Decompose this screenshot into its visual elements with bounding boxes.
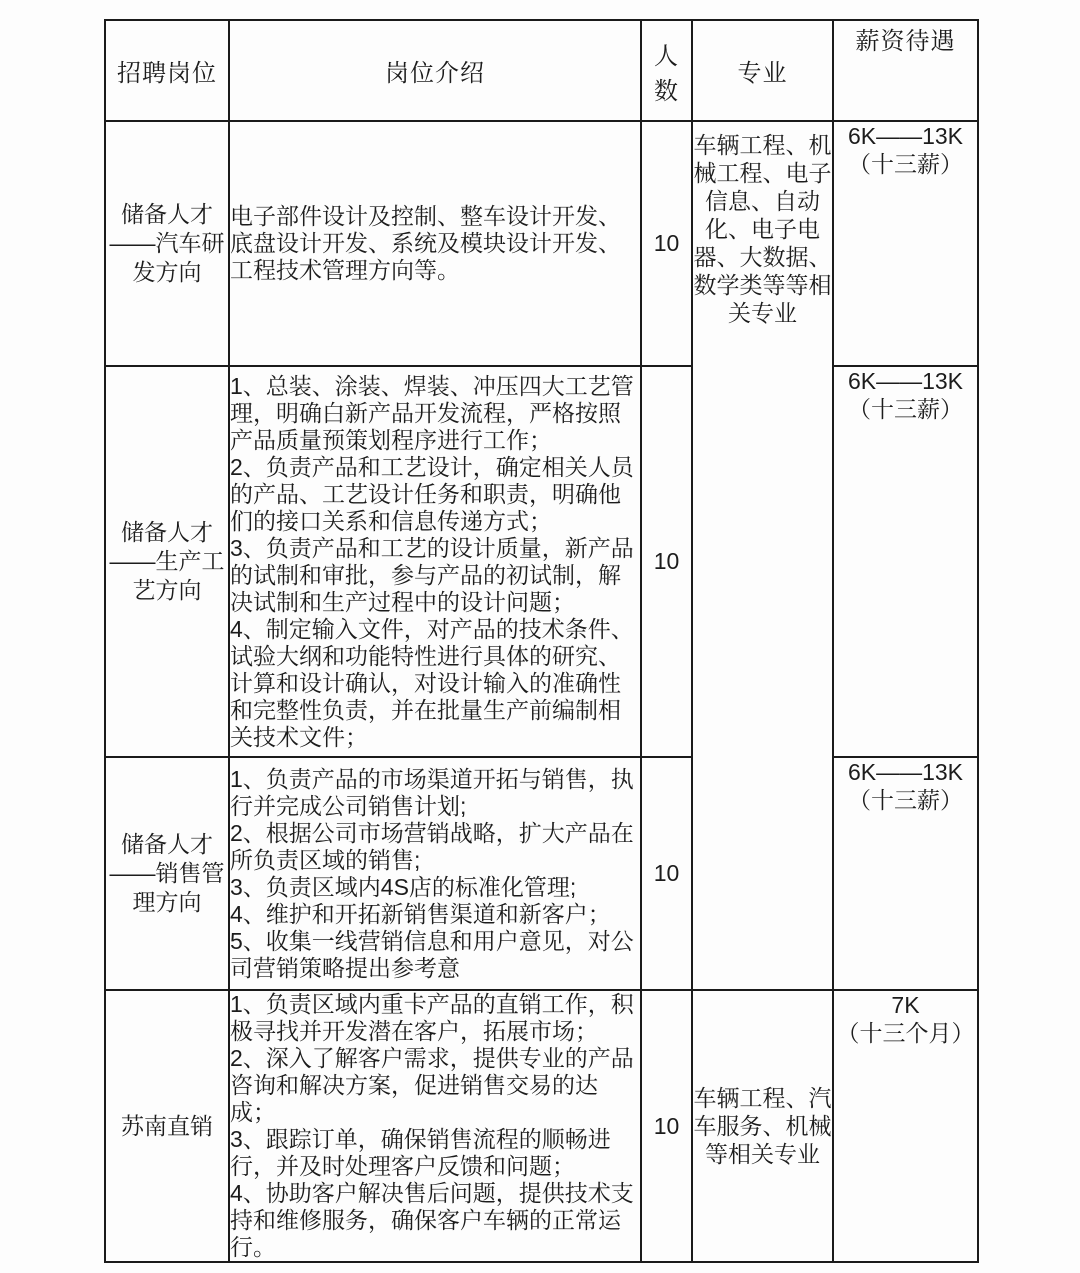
header-cell-major: 专业	[692, 20, 833, 121]
salary-note: （十三薪）	[834, 150, 977, 178]
description-item: 1、负责产品的市场渠道开拓与销售，执行并完成公司销售计划;	[230, 766, 640, 820]
description-cell: 1、负责产品的市场渠道开拓与销售，执行并完成公司销售计划; 2、根据公司市场营销…	[229, 757, 641, 990]
description-item: 1、总装、涂装、焊装、冲压四大工艺管理，明确白新产品开发流程，严格按照产品质量预…	[230, 373, 640, 454]
description-cell: 1、负责区域内重卡产品的直销工作，积极寻找并开发潜在客户，拓展市场； 2、深入了…	[229, 990, 641, 1262]
headcount-cell: 10	[641, 990, 692, 1262]
table-row: 苏南直销 1、负责区域内重卡产品的直销工作，积极寻找并开发潜在客户，拓展市场； …	[105, 990, 978, 1262]
description-item: 2、根据公司市场营销战略，扩大产品在所负责区域的销售;	[230, 820, 640, 874]
description-item: 4、维护和开拓新销售渠道和新客户；	[230, 901, 640, 928]
description-item: 5、收集一线营销信息和用户意见，对公司营销策略提出参考意	[230, 928, 640, 982]
table-row: 储备人才——销售管理方向 1、负责产品的市场渠道开拓与销售，执行并完成公司销售计…	[105, 757, 978, 990]
description-item: 3、跟踪订单，确保销售流程的顺畅进行，并及时处理客户反馈和问题；	[230, 1126, 640, 1180]
headcount-cell: 10	[641, 366, 692, 757]
description-item: 3、负责产品和工艺的设计质量，新产品的试制和审批，参与产品的初试制，解决试制和生…	[230, 535, 640, 616]
salary-range: 6K——13K	[834, 367, 977, 395]
description-item: 3、负责区域内4S店的标准化管理;	[230, 874, 640, 901]
position-cell: 苏南直销	[105, 990, 229, 1262]
document-page: 招聘岗位 岗位介绍 人数 专业 薪资待遇 储备人才——汽车研发方向 电子部件设计…	[0, 0, 1080, 1263]
description-item: 2、深入了解客户需求，提供专业的产品咨询和解决方案，促进销售交易的达成；	[230, 1045, 640, 1126]
salary-range: 7K	[834, 991, 977, 1019]
salary-range: 6K——13K	[834, 758, 977, 786]
salary-cell: 6K——13K （十三薪）	[833, 757, 978, 990]
description-cell: 电子部件设计及控制、整车设计开发、底盘设计开发、系统及模块设计开发、工程技术管理…	[229, 121, 641, 366]
headcount-cell: 10	[641, 121, 692, 366]
position-cell: 储备人才——销售管理方向	[105, 757, 229, 990]
salary-cell: 6K——13K （十三薪）	[833, 366, 978, 757]
table-row: 储备人才——汽车研发方向 电子部件设计及控制、整车设计开发、底盘设计开发、系统及…	[105, 121, 978, 366]
description-cell: 1、总装、涂装、焊装、冲压四大工艺管理，明确白新产品开发流程，严格按照产品质量预…	[229, 366, 641, 757]
table-row: 储备人才——生产工艺方向 1、总装、涂装、焊装、冲压四大工艺管理，明确白新产品开…	[105, 366, 978, 757]
header-cell-salary: 薪资待遇	[833, 20, 978, 121]
major-cell: 车辆工程、机械工程、电子信息、自动化、电子电器、大数据、数学类等等相关专业	[692, 121, 833, 990]
description-item: 2、负责产品和工艺设计，确定相关人员的产品、工艺设计任务和职责，明确他们的接口关…	[230, 454, 640, 535]
salary-range: 6K——13K	[834, 122, 977, 150]
header-row: 招聘岗位 岗位介绍 人数 专业 薪资待遇	[105, 20, 978, 121]
description-item: 电子部件设计及控制、整车设计开发、底盘设计开发、系统及模块设计开发、工程技术管理…	[230, 203, 640, 284]
description-item: 4、制定输入文件，对产品的技术条件、试验大纲和功能特性进行具体的研究、计算和设计…	[230, 616, 640, 751]
header-cell-headcount: 人数	[641, 20, 692, 121]
salary-note: （十三薪）	[834, 786, 977, 814]
description-item: 1、负责区域内重卡产品的直销工作，积极寻找并开发潜在客户，拓展市场；	[230, 991, 640, 1045]
header-cell-position: 招聘岗位	[105, 20, 229, 121]
major-cell: 车辆工程、汽车服务、机械等相关专业	[692, 990, 833, 1262]
description-item: 4、协助客户解决售后问题，提供技术支持和维修服务，确保客户车辆的正常运行。	[230, 1180, 640, 1261]
salary-note: （十三个月）	[834, 1019, 977, 1047]
position-cell: 储备人才——生产工艺方向	[105, 366, 229, 757]
header-cell-description: 岗位介绍	[229, 20, 641, 121]
salary-note: （十三薪）	[834, 395, 977, 423]
recruitment-table: 招聘岗位 岗位介绍 人数 专业 薪资待遇 储备人才——汽车研发方向 电子部件设计…	[104, 19, 979, 1263]
position-cell: 储备人才——汽车研发方向	[105, 121, 229, 366]
salary-cell: 6K——13K （十三薪）	[833, 121, 978, 366]
headcount-cell: 10	[641, 757, 692, 990]
salary-cell: 7K （十三个月）	[833, 990, 978, 1262]
